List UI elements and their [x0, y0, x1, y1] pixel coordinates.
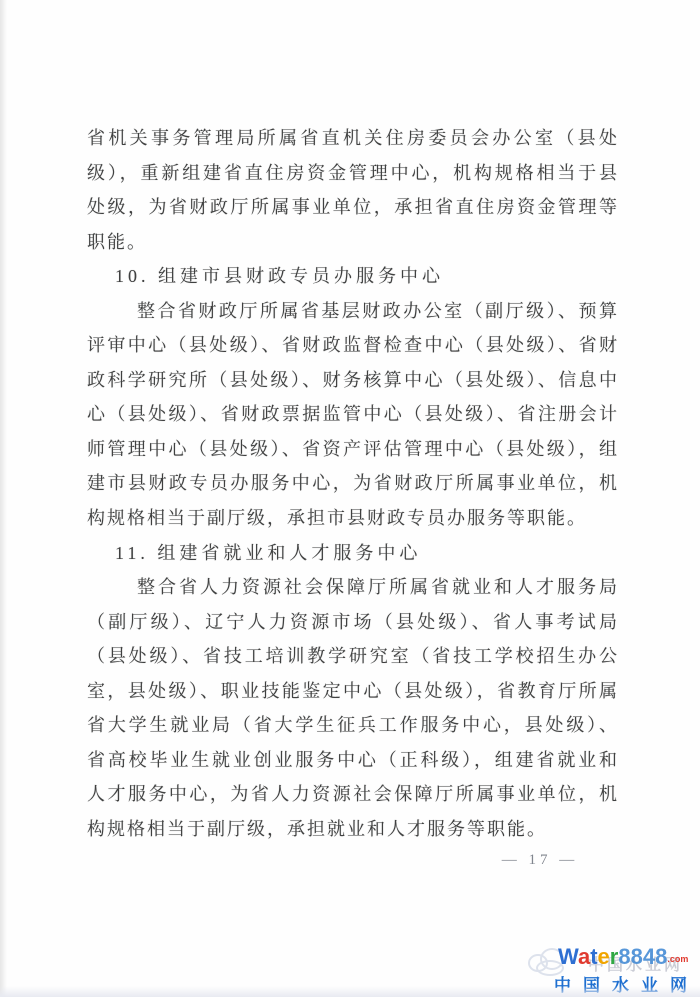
logo-letter: 8	[618, 944, 630, 969]
body-text-line: 建市县财政专员办服务中心，为省财政厅所属事业单位，机	[87, 466, 619, 501]
body-text-line: （县处级）、省技工培训教学研究室（省技工学校招生办公	[87, 639, 619, 674]
logo-letter: 4	[643, 944, 655, 969]
body-text-line: 评审中心（县处级）、省财政监督检查中心（县处级）、省财	[87, 328, 619, 363]
body-text-line: 省高校毕业生就业创业服务中心（正科级），组建省就业和	[87, 743, 619, 778]
scan-edge-bottom	[0, 986, 700, 997]
logo-letter: a	[578, 944, 590, 969]
section-11-heading: 11. 组建省就业和人才服务中心	[87, 536, 619, 571]
body-text-line: 室，县处级）、职业技能鉴定中心（县处级），省教育厅所属	[87, 674, 619, 709]
water8848-logo: Water8848.com	[558, 944, 688, 970]
body-text-line: 心（县处级）、省财政票据监管中心（县处级）、省注册会计	[87, 397, 619, 432]
body-text-line: 构规格相当于副厅级，承担就业和人才服务等职能。	[87, 812, 619, 847]
body-text-line: 职能。	[87, 225, 619, 260]
body-text-line: 级），重新组建省直住房资金管理中心，机构规格相当于县	[87, 156, 619, 191]
body-text-line: （副厅级）、辽宁人力资源市场（县处级）、省人事考试局	[87, 605, 619, 640]
body-text-line: 政科学研究所（县处级）、财务核算中心（县处级）、信息中	[87, 363, 619, 398]
body-text-line: 省大学生就业局（省大学生征兵工作服务中心，县处级）、	[87, 708, 619, 743]
body-text-line: 整合省财政厅所属省基层财政办公室（副厅级）、预算	[87, 294, 619, 329]
body-text-line: 师管理中心（县处级）、省资产评估管理中心（县处级），组	[87, 432, 619, 467]
dot-com-suffix: .com	[667, 954, 688, 964]
body-text-line: 人才服务中心，为省人力资源社会保障厅所属事业单位，机	[87, 777, 619, 812]
body-text-line: 处级，为省财政厅所属事业单位，承担省直住房资金管理等	[87, 190, 619, 225]
page-number: — 17 —	[455, 852, 625, 869]
scanned-document-page: 省机关事务管理局所属省直机关住房委员会办公室（县处 级），重新组建省直住房资金管…	[0, 0, 700, 997]
document-body-text: 省机关事务管理局所属省直机关住房委员会办公室（县处 级），重新组建省直住房资金管…	[87, 121, 619, 846]
scan-edge-left	[0, 0, 7, 997]
logo-letter: W	[558, 944, 578, 969]
section-10-heading: 10. 组建市县财政专员办服务中心	[87, 259, 619, 294]
logo-letter: 8	[631, 944, 643, 969]
body-text-line: 整合省人力资源社会保障厅所属省就业和人才服务局	[87, 570, 619, 605]
logo-letter: 8	[655, 944, 667, 969]
body-text-line: 构规格相当于副厅级，承担市县财政专员办服务等职能。	[87, 501, 619, 536]
logo-letter: e	[598, 944, 610, 969]
logo-letter: t	[590, 944, 597, 969]
body-text-line: 省机关事务管理局所属省直机关住房委员会办公室（县处	[87, 121, 619, 156]
